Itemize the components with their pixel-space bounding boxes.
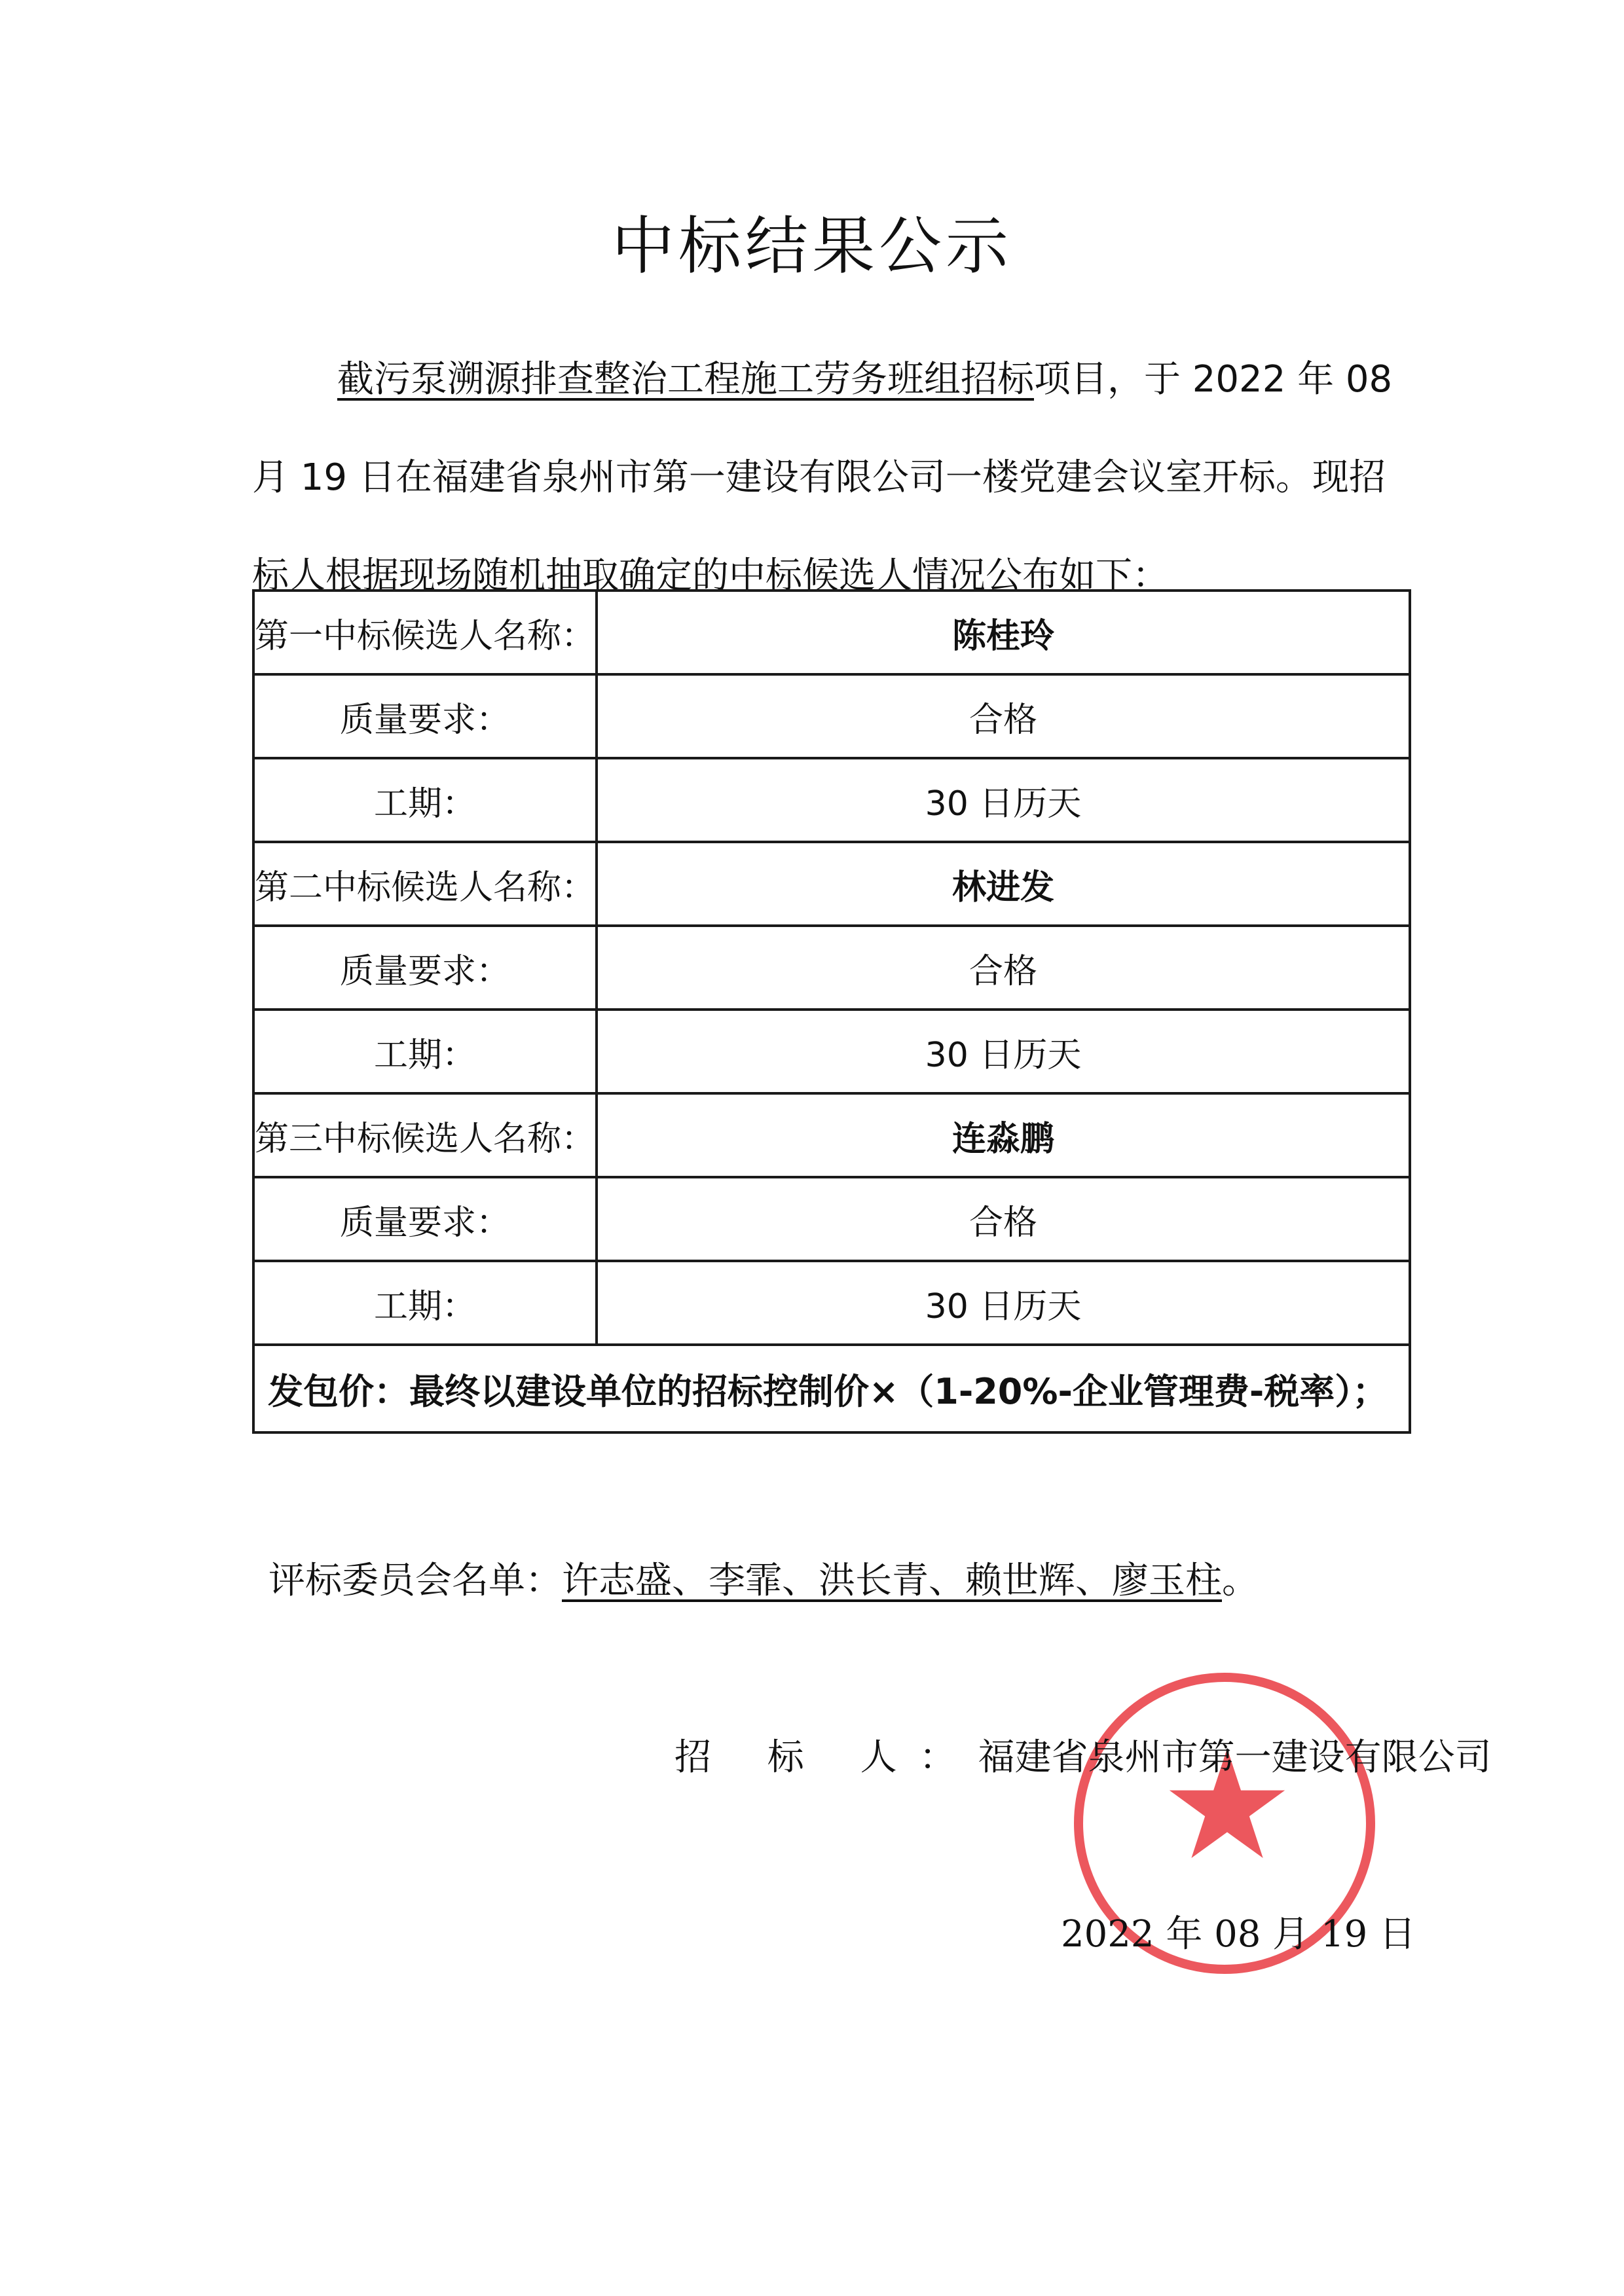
table-row: 第三中标候选人名称： 连淼鹏 bbox=[253, 1093, 1410, 1177]
table-row: 质量要求： 合格 bbox=[253, 674, 1410, 758]
table-row: 质量要求： 合格 bbox=[253, 926, 1410, 1010]
candidate-1-quality: 合格 bbox=[597, 674, 1410, 758]
candidate-2-duration: 30 日历天 bbox=[597, 1010, 1410, 1093]
row-label: 第二中标候选人名称： bbox=[253, 842, 597, 926]
candidate-3-quality: 合格 bbox=[597, 1177, 1410, 1261]
candidate-3-duration: 30 日历天 bbox=[597, 1261, 1410, 1345]
candidate-1-duration: 30 日历天 bbox=[597, 758, 1410, 842]
document-title: 中标结果公示 bbox=[0, 196, 1624, 286]
candidate-3-name: 连淼鹏 bbox=[597, 1093, 1410, 1177]
candidate-2-name: 林进发 bbox=[597, 842, 1410, 926]
table-row: 质量要求： 合格 bbox=[253, 1177, 1410, 1261]
row-label: 第三中标候选人名称： bbox=[253, 1093, 597, 1177]
row-label: 第一中标候选人名称： bbox=[253, 591, 597, 674]
candidate-1-name: 陈桂玲 bbox=[597, 591, 1410, 674]
table-row: 工期： 30 日历天 bbox=[253, 758, 1410, 842]
table-row: 第二中标候选人名称： 林进发 bbox=[253, 842, 1410, 926]
issuer-line: 招 标 人：福建省泉州市第一建设有限公司 bbox=[674, 1728, 1492, 1781]
contract-price: 发包价：最终以建设单位的招标控制价×（1-20%-企业管理费-税率）； bbox=[253, 1345, 1410, 1432]
row-label: 质量要求： bbox=[253, 926, 597, 1010]
project-name: 截污泵溯源排查整治工程施工劳务班组招标 bbox=[337, 358, 1034, 401]
table-row: 发包价：最终以建设单位的招标控制价×（1-20%-企业管理费-税率）； bbox=[253, 1345, 1410, 1432]
row-label: 工期： bbox=[253, 1010, 597, 1093]
row-label: 质量要求： bbox=[253, 674, 597, 758]
table-row: 工期： 30 日历天 bbox=[253, 1261, 1410, 1345]
intro-paragraph: 截污泵溯源排查整治工程施工劳务班组招标项目，于 2022 年 08 月 19 日… bbox=[252, 331, 1405, 625]
row-label: 工期： bbox=[253, 758, 597, 842]
table-row: 工期： 30 日历天 bbox=[253, 1010, 1410, 1093]
table-row: 第一中标候选人名称： 陈桂玲 bbox=[253, 591, 1410, 674]
committee-label: 评标委员会名单： bbox=[268, 1559, 562, 1602]
row-label: 工期： bbox=[253, 1261, 597, 1345]
candidates-table: 第一中标候选人名称： 陈桂玲 质量要求： 合格 工期： 30 日历天 第二中标候… bbox=[252, 589, 1411, 1434]
issuer-name: 福建省泉州市第一建设有限公司 bbox=[978, 1736, 1492, 1779]
committee-members: 许志盛、李霏、洪长青、赖世辉、廖玉柱 bbox=[562, 1559, 1222, 1602]
candidate-2-quality: 合格 bbox=[597, 926, 1410, 1010]
row-label: 质量要求： bbox=[253, 1177, 597, 1261]
issue-date: 2022 年 08 月 19 日 bbox=[1061, 1905, 1416, 1958]
issuer-label: 招 标 人： bbox=[674, 1736, 978, 1779]
committee-list: 评标委员会名单：许志盛、李霏、洪长青、赖世辉、廖玉柱。 bbox=[268, 1552, 1259, 1604]
committee-end: 。 bbox=[1222, 1559, 1259, 1602]
